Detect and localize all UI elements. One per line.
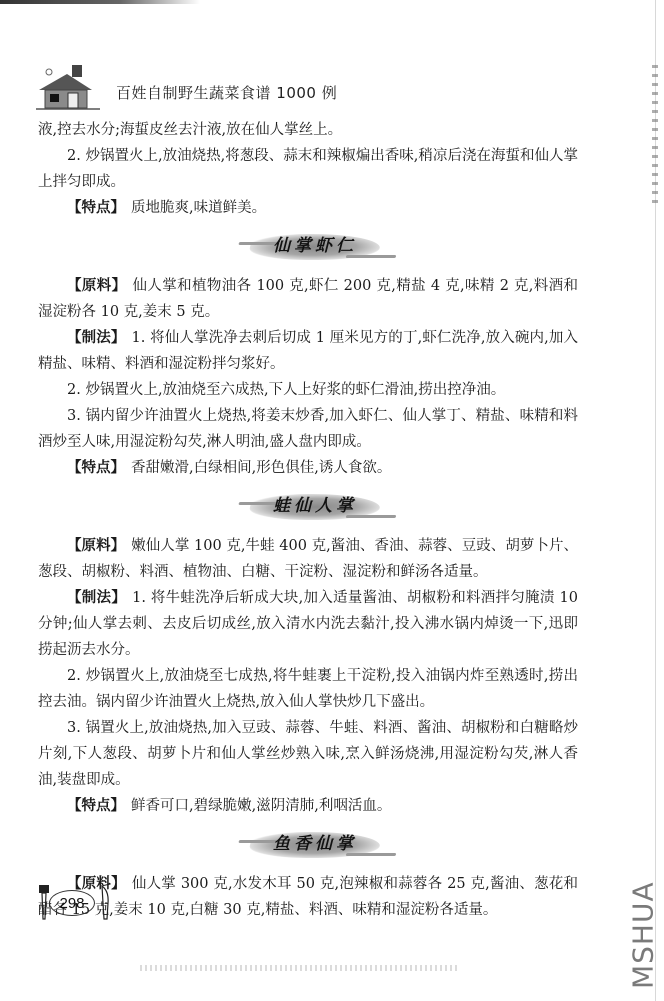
recipe-title-block: 仙掌虾仁 <box>38 225 578 269</box>
recipe-method-step-1: 【制法】1. 将牛蛙洗净后斩成大块,加入适量酱油、胡椒粉和料酒拌匀腌渍 10 分… <box>38 585 578 663</box>
recipe-features: 【特点】鲜香可口,碧绿脆嫩,滋阴清肺,利咽活血。 <box>38 793 578 819</box>
recipe-title-block: 蛙仙人掌 <box>38 485 578 529</box>
ingredients-label: 【原料】 <box>67 538 125 554</box>
house-icon <box>34 60 104 112</box>
recipe-title: 蛙仙人掌 <box>273 493 357 519</box>
prev-recipe-features: 【特点】质地脆爽,味道鲜美。 <box>38 195 578 221</box>
features-label: 【特点】 <box>67 200 125 216</box>
scan-edge-shadow <box>0 0 200 4</box>
method-label: 【制法】 <box>67 590 126 606</box>
recipe-title: 鱼香仙掌 <box>273 831 357 857</box>
knife-icon <box>99 885 111 921</box>
recipe-method-step-1: 【制法】1. 将仙人掌洗净去刺后切成 1 厘米见方的丁,虾仁洗净,放入碗内,加入… <box>38 325 578 377</box>
page-number: 298 <box>49 890 95 916</box>
prev-recipe-step-2: 2. 炒锅置火上,放油烧热,将葱段、蒜末和辣椒煸出香味,稍凉后浇在海蜇和仙人掌上… <box>38 143 578 195</box>
book-title: 百姓自制野生蔬菜食谱 1000 例 <box>116 82 337 103</box>
ingredients-label: 【原料】 <box>67 278 127 294</box>
recipe-title: 仙掌虾仁 <box>273 233 357 259</box>
page-body: 液,控去水分;海蜇皮丝去汁液,放在仙人掌丝上。 2. 炒锅置火上,放油烧热,将葱… <box>38 117 578 923</box>
features-label: 【特点】 <box>67 460 125 476</box>
recipe-method-step-2: 2. 炒锅置火上,放油烧至七成热,将牛蛙裹上干淀粉,投入油锅内炸至熟透时,捞出控… <box>38 663 578 715</box>
method-label: 【制法】 <box>67 330 126 346</box>
scan-edge-marks <box>652 65 658 205</box>
recipe-ingredients: 【原料】仙人掌和植物油各 100 克,虾仁 200 克,精盐 4 克,味精 2 … <box>38 273 578 325</box>
recipe-method-step-2: 2. 炒锅置火上,放油烧至六成热,下人上好浆的虾仁滑油,捞出控净油。 <box>38 377 578 403</box>
running-header: 百姓自制野生蔬菜食谱 1000 例 <box>34 60 434 112</box>
recipe-method-step-3: 3. 锅置火上,放油烧热,加入豆豉、蒜蓉、牛蛙、料酒、酱油、胡椒粉和白糖略炒片刻… <box>38 715 578 793</box>
scan-artifact <box>140 965 460 971</box>
recipe-method-step-3: 3. 锅内留少许油置火上烧热,将姜末炒香,加入虾仁、仙人掌丁、精盐、味精和料酒炒… <box>38 403 578 455</box>
prev-recipe-step-tail: 液,控去水分;海蜇皮丝去汁液,放在仙人掌丝上。 <box>38 117 578 143</box>
recipe-features: 【特点】香甜嫩滑,白绿相间,形色俱佳,诱人食欲。 <box>38 455 578 481</box>
page-footer: 298 <box>36 883 126 923</box>
features-label: 【特点】 <box>67 798 125 814</box>
recipe-ingredients: 【原料】嫩仙人掌 100 克,牛蛙 400 克,酱油、香油、蒜蓉、豆豉、胡萝卜片… <box>38 533 578 585</box>
watermark: MSHUA <box>623 880 663 990</box>
recipe-title-block: 鱼香仙掌 <box>38 823 578 867</box>
